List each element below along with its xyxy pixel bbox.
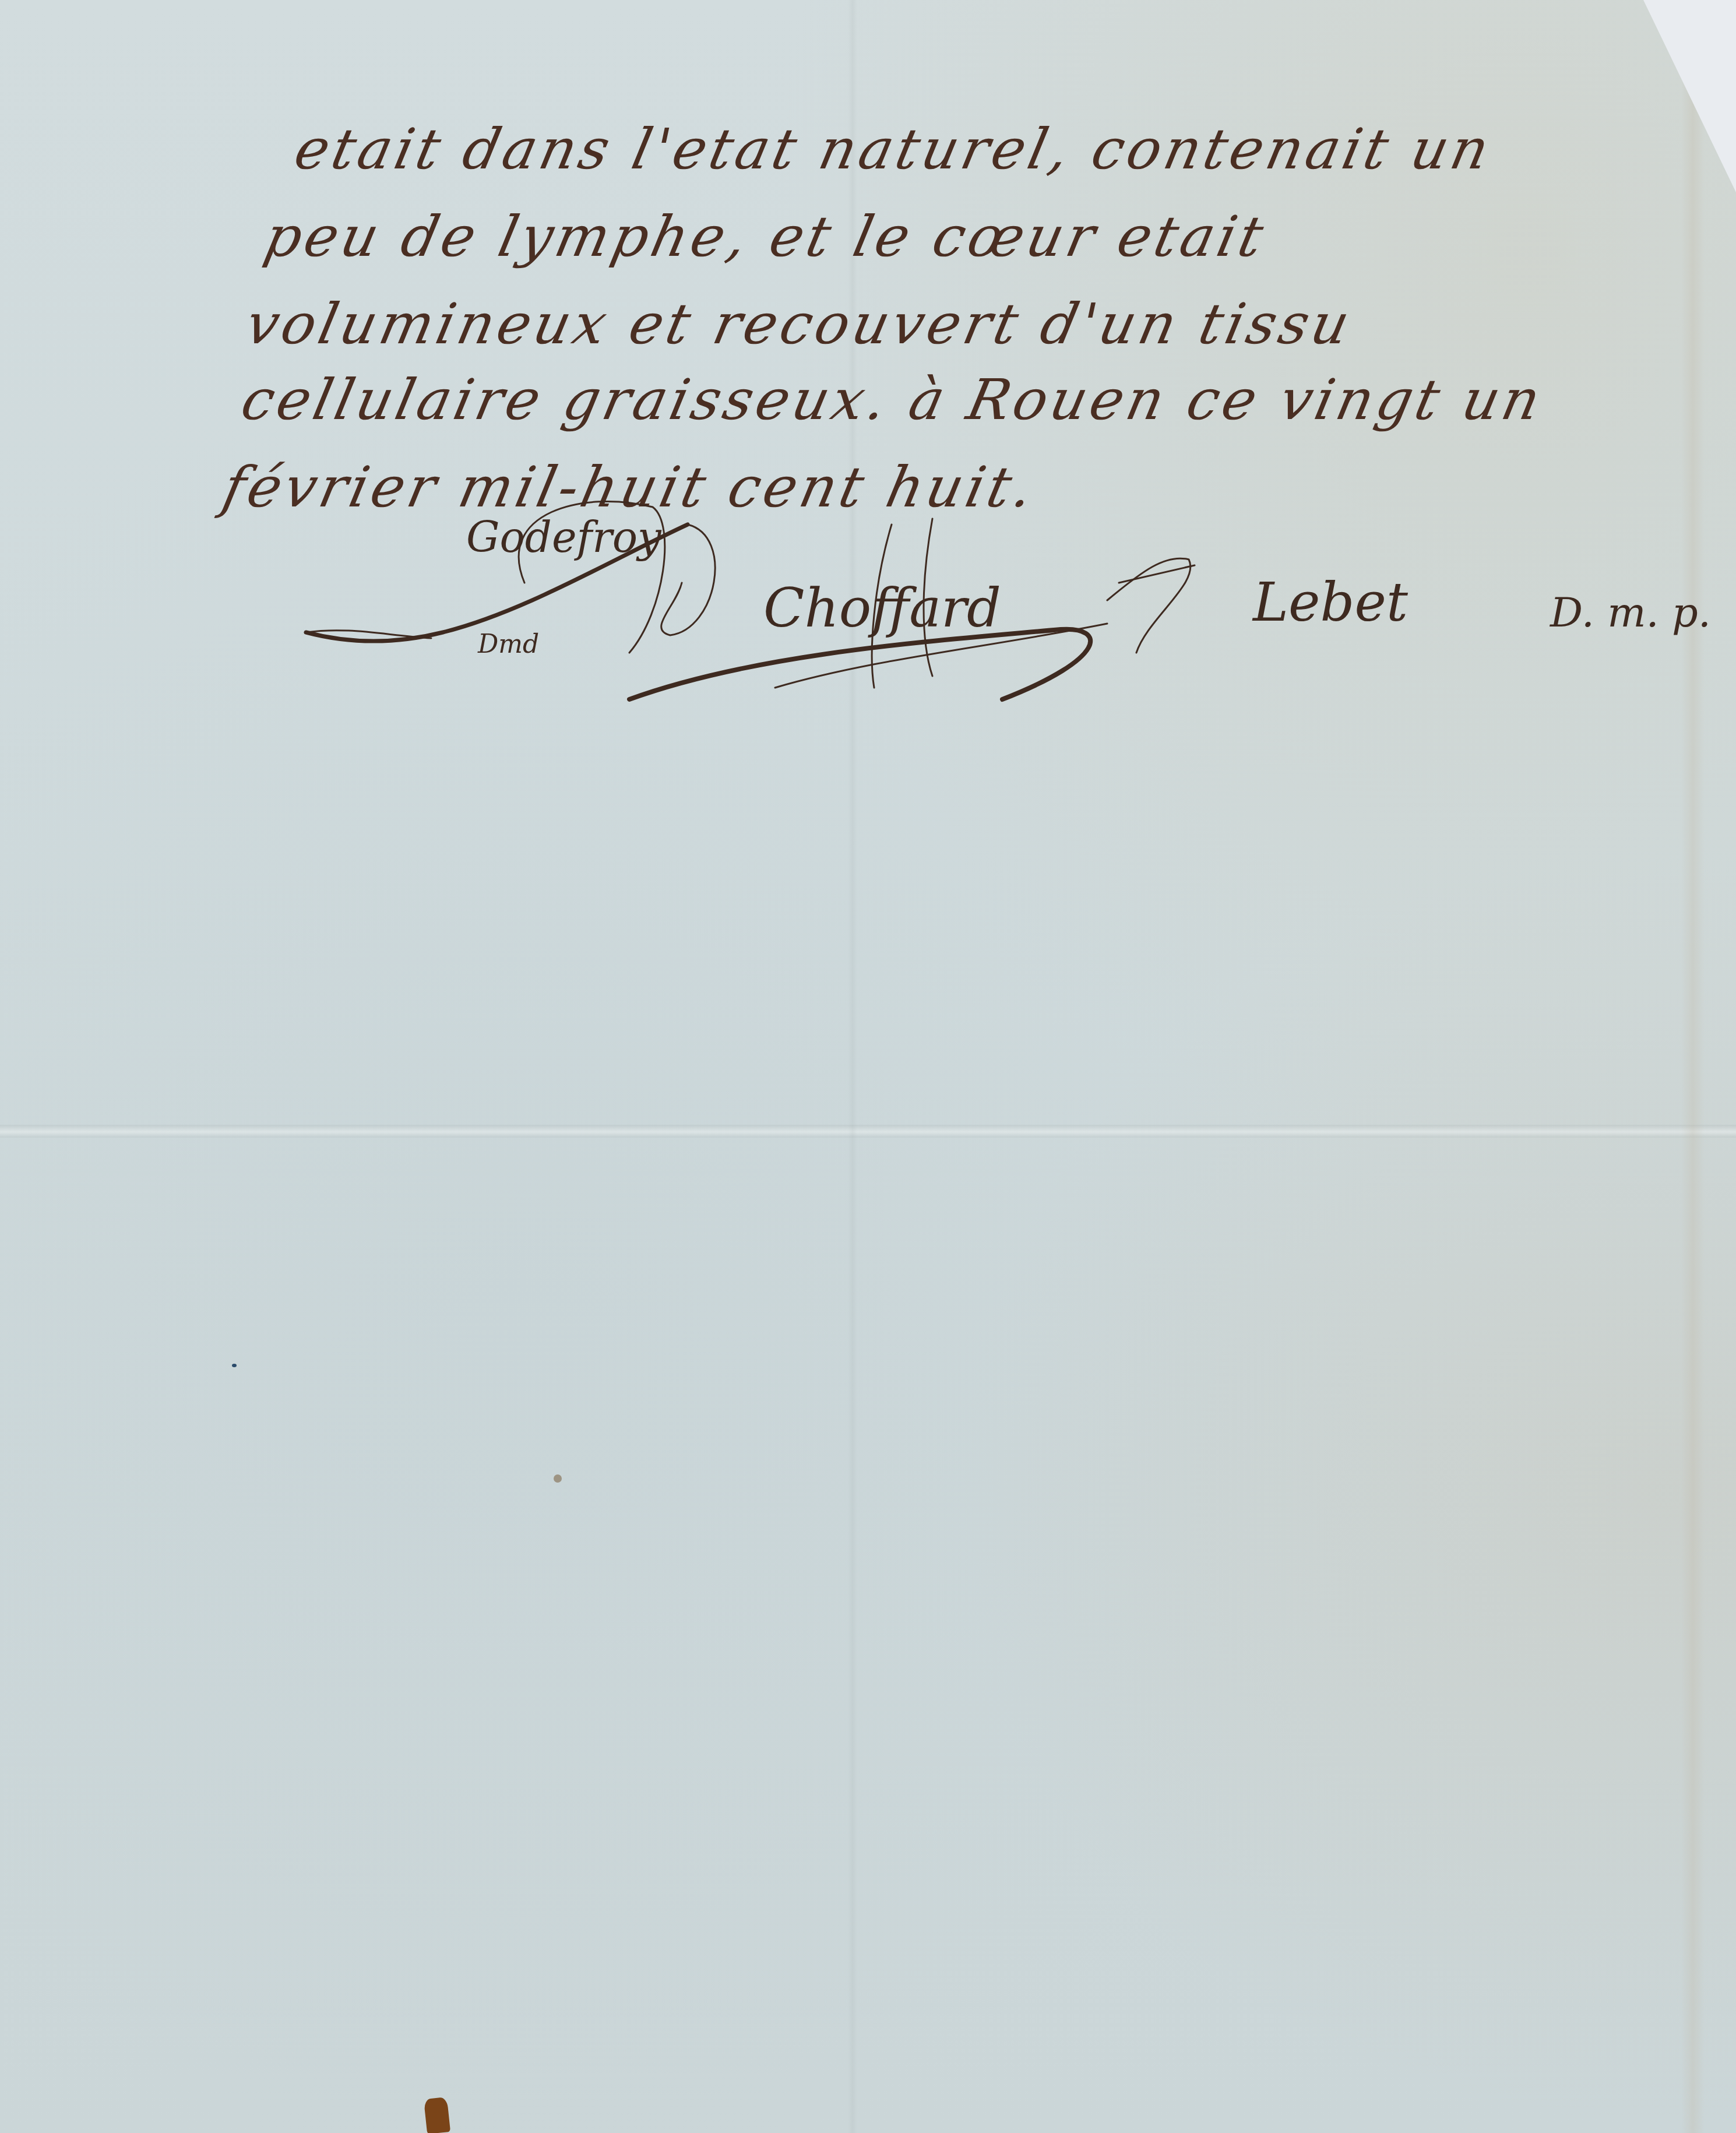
signature-choffard: Choffard xyxy=(763,577,1001,639)
signature-godefroy-suffix: Dmd xyxy=(478,629,539,659)
signature-lebet: Lebet xyxy=(1253,571,1408,633)
manuscript-page: etait dans l'etat naturel, contenait un … xyxy=(0,0,1736,2133)
horizontal-fold-crease xyxy=(0,1125,1736,1138)
ink-speck xyxy=(232,1364,237,1367)
ink-blot xyxy=(424,2097,450,2133)
signature-lebet-suffix: D. m. p. xyxy=(1550,589,1711,636)
signature-flourishes-icon xyxy=(0,0,1736,758)
signature-godefroy: Godefroy xyxy=(466,513,661,562)
paper-spot xyxy=(554,1474,562,1483)
